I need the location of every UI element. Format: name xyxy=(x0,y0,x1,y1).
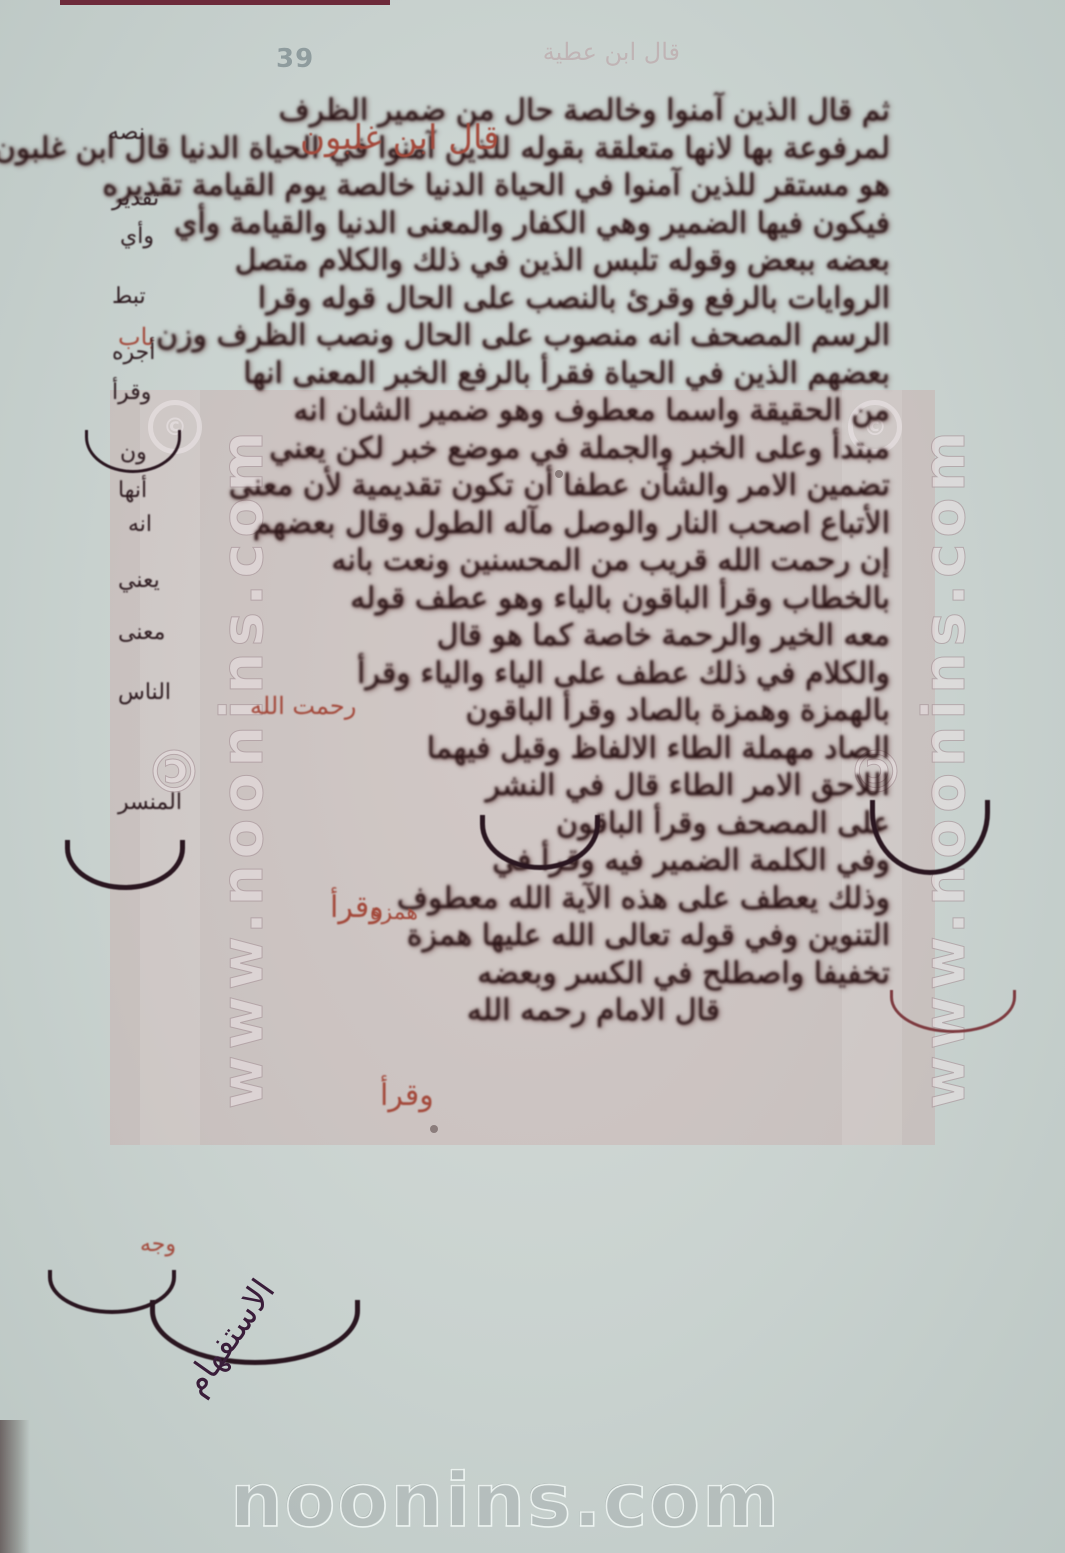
text-line: فيكون فيها الضمير وهي الكفار والمعنى الد… xyxy=(100,205,890,243)
text-line: من الحقيقة واسما معطوف وهو ضمير الشان ان… xyxy=(100,392,890,430)
text-line: بالهمزة وهمزة بالصاد وقرأ الباقون xyxy=(100,692,890,730)
rubric-heading: همزة xyxy=(370,900,418,925)
margin-note: وأي xyxy=(120,224,154,249)
margin-note: نصه xyxy=(108,120,145,145)
text-line: قال الامام رحمه الله xyxy=(200,992,720,1030)
text-line: بالخطاب وقرأ الباقون بالياء وهو عطف قوله xyxy=(100,580,890,618)
manuscript-page: 39 قال ابن عطية © www.noonins.com © www.… xyxy=(0,0,1065,1553)
rubric-heading: رحمت الله xyxy=(250,692,356,720)
watermark-bottom: noonins.com xyxy=(230,1458,781,1544)
margin-note: يعني xyxy=(118,568,160,593)
header-note: قال ابن عطية xyxy=(420,38,680,66)
text-line: بعضه ببعض وقوله تلبس الذين في ذلك والكلا… xyxy=(100,242,890,280)
text-line: تخفيفا واصطلح في الكسر وبعضه xyxy=(100,955,890,993)
text-line: الأتباع اصحب النار والوصل مآله الطول وقا… xyxy=(100,505,890,543)
binding-edge xyxy=(60,0,390,5)
page-fold-shadow xyxy=(0,1420,30,1553)
ink-spot xyxy=(430,1125,438,1133)
margin-note: تقدير xyxy=(112,186,159,211)
text-line: التنوين وفي قوله تعالى الله عليها همزة xyxy=(100,917,890,955)
text-line: مبتدأ وعلى الخبر والجملة في موضع خبر لكن… xyxy=(100,430,890,468)
text-line: هو مستقر للذين آمنوا في الحياة الدنيا خا… xyxy=(100,167,890,205)
text-line: وذلك يعطف على هذه الآية الله معطوف xyxy=(100,880,890,918)
text-line: معه الخير والرحمة خاصة كما هو قال xyxy=(100,617,890,655)
rubric-heading: قال ابن غلبون xyxy=(300,118,500,158)
manuscript-text-block: ثم قال الذين آمنوا وخالصة حال من ضمير ال… xyxy=(100,92,890,1030)
ink-spot xyxy=(555,470,563,478)
text-line: اللاحق الامر الطاء قال في النشر xyxy=(100,767,890,805)
folio-number: 39 xyxy=(276,44,314,74)
margin-note: انه xyxy=(128,512,152,537)
rubric-heading: وجه xyxy=(140,1232,176,1257)
margin-note: الناس xyxy=(118,680,171,705)
margin-note: تبط xyxy=(112,284,146,309)
text-line: الروايات بالرفع وقرئ بالنصب على الحال قو… xyxy=(100,280,890,318)
margin-note: المنسر xyxy=(118,790,182,815)
margin-note: أنها xyxy=(118,478,147,503)
rubric-heading: وقرأ xyxy=(380,1078,434,1113)
text-line: الرسم المصحف انه منصوب على الحال ونصب ال… xyxy=(100,317,890,355)
text-line: إن رحمت الله قريب من المحسنين ونعت بانه xyxy=(100,542,890,580)
text-line: ثم قال الذين آمنوا وخالصة حال من ضمير ال… xyxy=(170,92,890,130)
text-line: تضمين الامر والشأن عطفا أن تكون تقديمية … xyxy=(100,467,890,505)
text-line: الصاد مهملة الطاء الالفاظ وقيل فيهما xyxy=(100,730,890,768)
text-line: والكلام في ذلك عطف على الياء والياء وقرأ xyxy=(100,655,890,693)
margin-note: وقرأ xyxy=(112,380,151,405)
margin-note: أجره xyxy=(112,340,155,365)
margin-note: معنى xyxy=(118,620,165,645)
text-line: بعضهم الذين في الحياة فقرأ بالرفع الخبر … xyxy=(100,355,890,393)
